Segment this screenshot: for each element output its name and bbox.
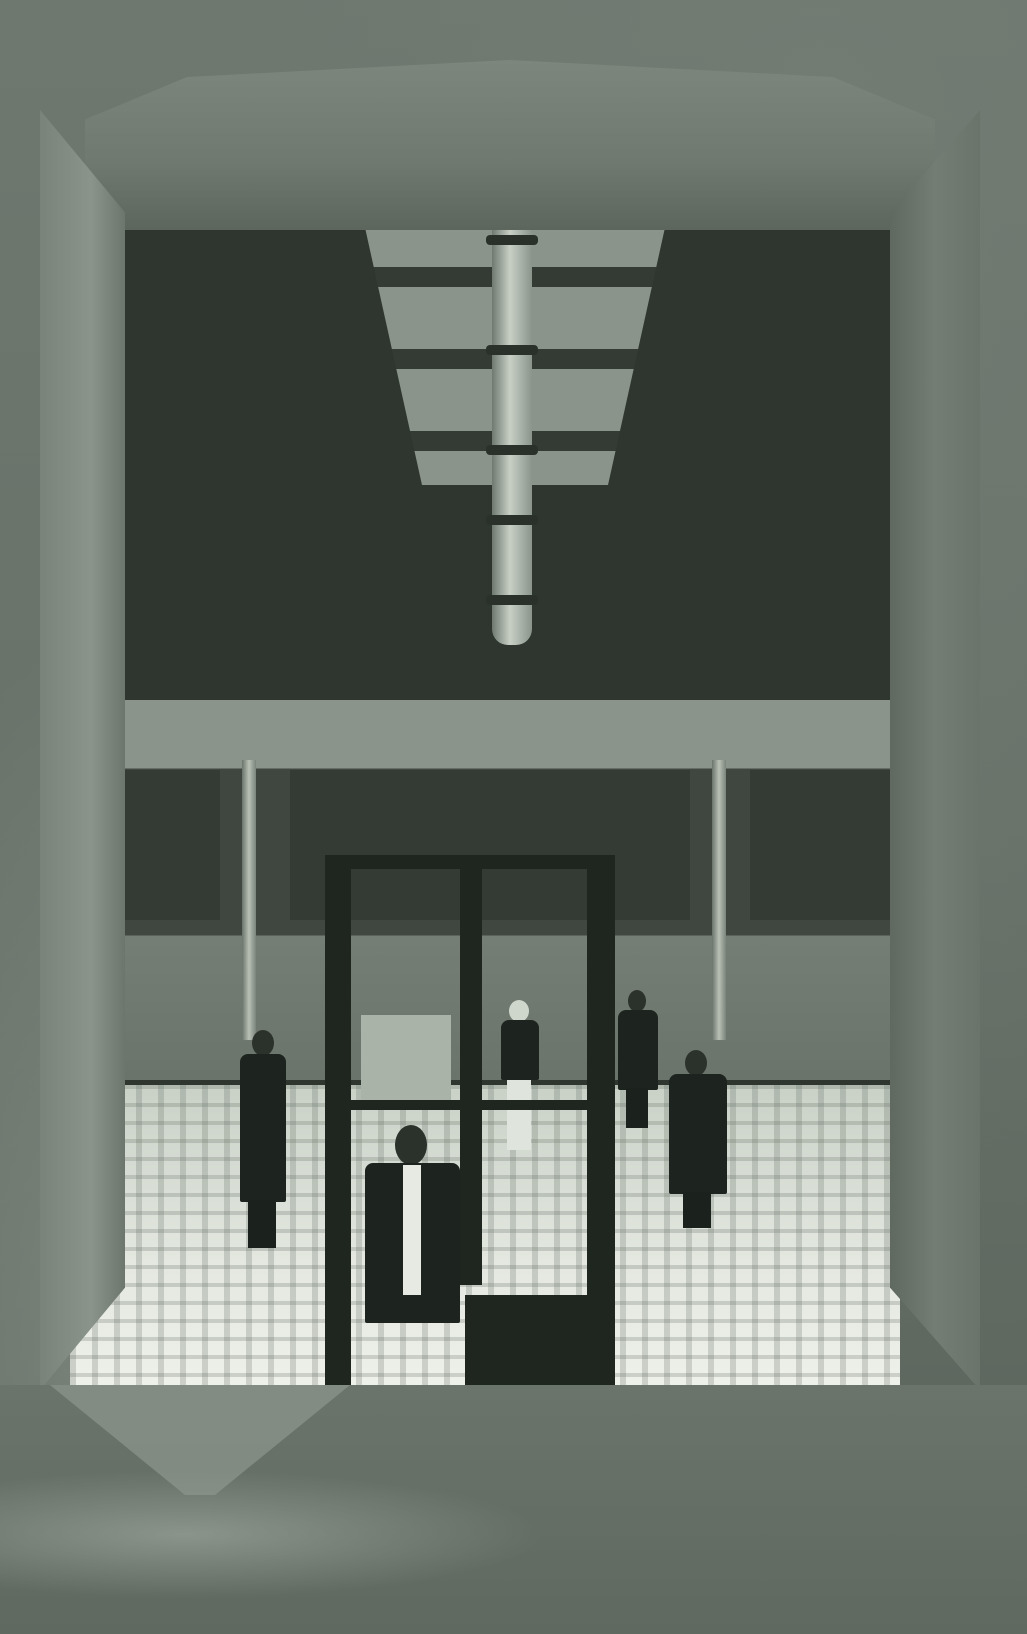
frame-crossbar xyxy=(351,1100,587,1110)
pipe-clamp xyxy=(486,595,538,605)
frame-right-post xyxy=(587,855,615,1385)
pipe-clamp xyxy=(486,235,538,245)
person-legs xyxy=(626,1088,648,1128)
person-head xyxy=(395,1125,427,1165)
frame-center-post xyxy=(460,855,482,1285)
drain-pipe-right xyxy=(712,760,726,1040)
person xyxy=(612,990,662,1130)
mirror-panel xyxy=(361,1015,451,1100)
person xyxy=(232,1030,292,1250)
pipe-clamp xyxy=(486,445,538,455)
frame-lower-panel xyxy=(465,1295,590,1385)
person-head xyxy=(252,1030,274,1056)
person-foreground xyxy=(365,1125,460,1325)
frame-left-post xyxy=(325,855,351,1385)
facade-window xyxy=(750,770,890,920)
person-head xyxy=(685,1050,707,1076)
right-jamb xyxy=(890,110,980,1390)
person-head xyxy=(628,990,646,1012)
person-coat xyxy=(618,1010,658,1090)
lintel xyxy=(85,60,935,230)
person-legs xyxy=(248,1200,276,1248)
foreground-frame xyxy=(325,855,615,1385)
person xyxy=(665,1050,730,1230)
ceiling-pipe xyxy=(492,205,532,645)
photograph xyxy=(0,0,1027,1634)
person-legs xyxy=(683,1192,711,1228)
person-shirt xyxy=(403,1165,421,1295)
pipe-clamp xyxy=(486,515,538,525)
pipe-clamp xyxy=(486,345,538,355)
person-coat xyxy=(669,1074,727,1194)
person-coat xyxy=(240,1054,286,1202)
drain-pipe-left xyxy=(242,760,256,1040)
left-jamb xyxy=(40,110,125,1390)
